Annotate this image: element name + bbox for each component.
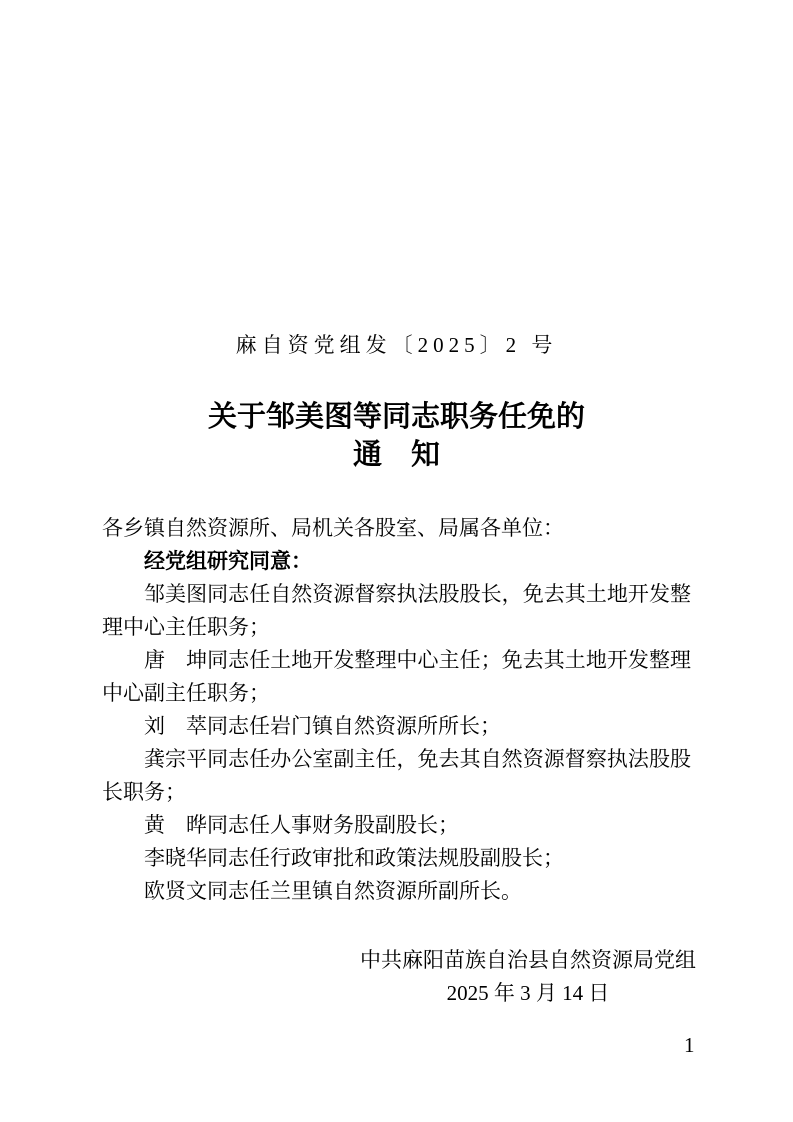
doc-number: 麻自资党组发〔2025〕2 号 xyxy=(0,329,793,359)
appointment-item: 黄 晔同志任人事财务股副股长； xyxy=(102,809,691,842)
page-number: 1 xyxy=(684,1033,695,1057)
notice-title: 关于邹美图等同志职务任免的 通 知 xyxy=(0,398,793,474)
lead-sentence: 经党组研究同意： xyxy=(102,545,691,578)
title-line-1: 关于邹美图等同志职务任免的 xyxy=(0,398,793,436)
issue-date: 2025 年 3 月 14 日 xyxy=(360,977,696,1010)
notice-body: 各乡镇自然资源所、局机关各股室、局属各单位： 经党组研究同意： 邹美图同志任自然… xyxy=(102,512,691,908)
salutation: 各乡镇自然资源所、局机关各股室、局属各单位： xyxy=(102,512,691,545)
title-line-2: 通 知 xyxy=(0,436,793,474)
appointment-item: 欧贤文同志任兰里镇自然资源所副所长。 xyxy=(102,875,691,908)
appointment-item: 唐 坤同志任土地开发整理中心主任；免去其土地开发整理中心副主任职务； xyxy=(102,644,691,710)
appointment-item: 李晓华同志任行政审批和政策法规股副股长； xyxy=(102,842,691,875)
signature-block: 中共麻阳苗族自治县自然资源局党组 2025 年 3 月 14 日 xyxy=(360,944,696,1010)
appointment-item: 龚宗平同志任办公室副主任，免去其自然资源督察执法股股长职务； xyxy=(102,743,691,809)
appointment-item: 刘 萃同志任岩门镇自然资源所所长； xyxy=(102,710,691,743)
document-page: 麻自资党组发〔2025〕2 号 关于邹美图等同志职务任免的 通 知 各乡镇自然资… xyxy=(0,0,793,1122)
issuing-authority: 中共麻阳苗族自治县自然资源局党组 xyxy=(360,944,696,977)
appointment-item: 邹美图同志任自然资源督察执法股股长，免去其土地开发整理中心主任职务； xyxy=(102,578,691,644)
